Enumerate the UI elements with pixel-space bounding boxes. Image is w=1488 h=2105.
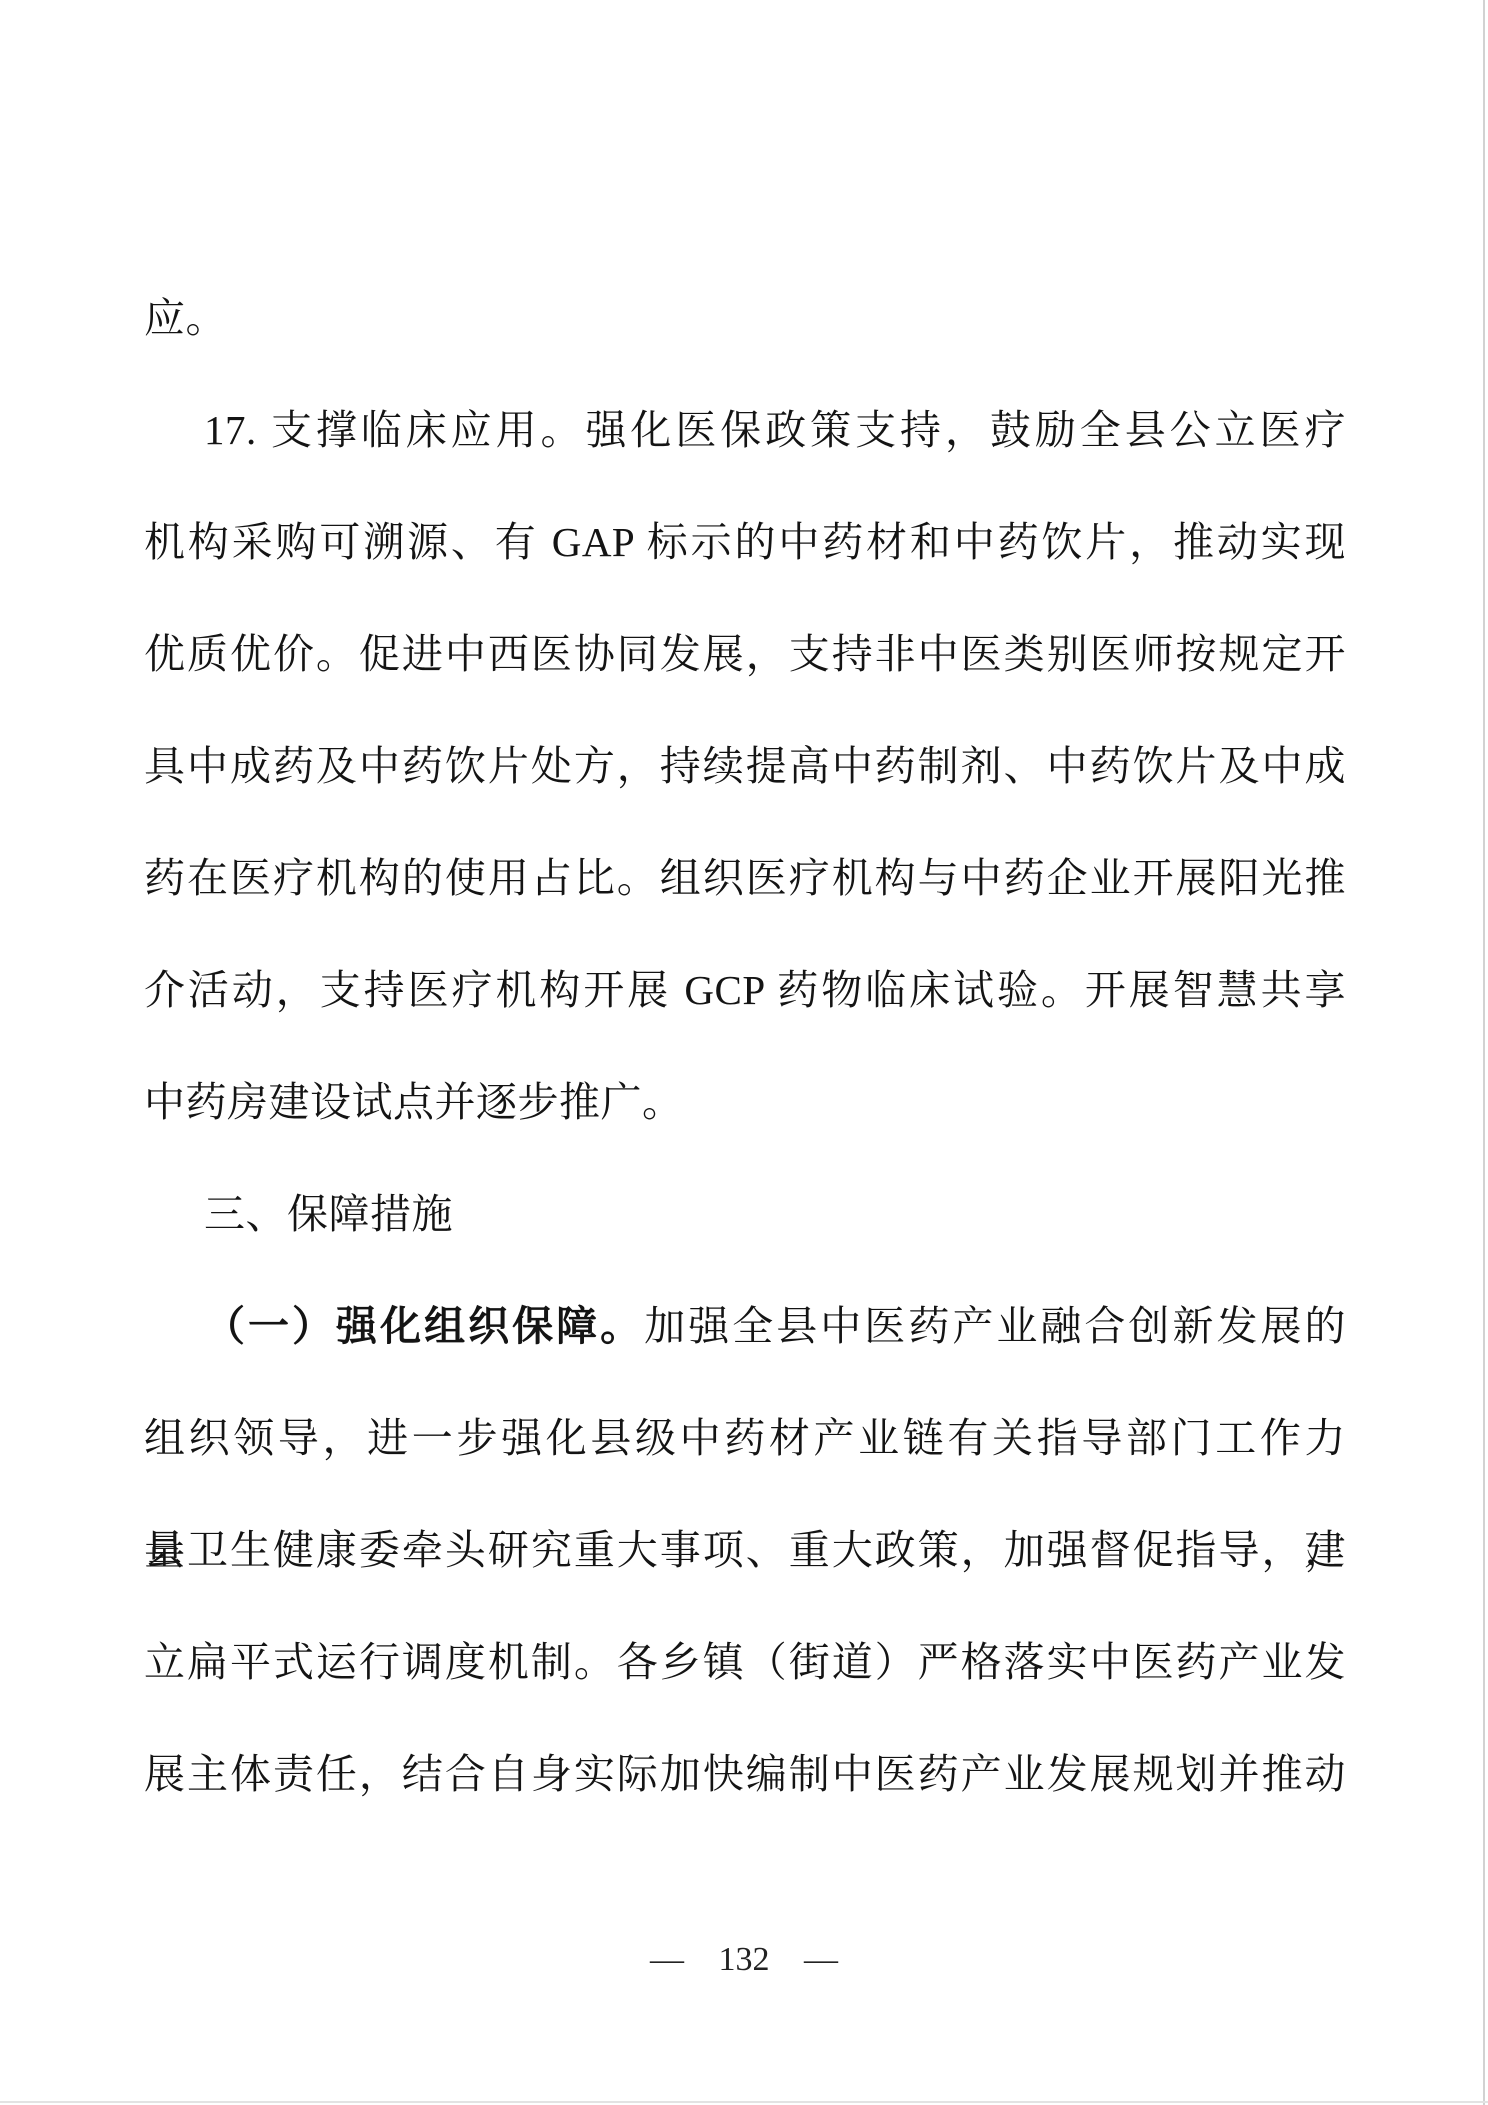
text-line: 县卫生健康委牵头研究重大事项、重大政策，加强督促指导，建 — [144, 1494, 1346, 1606]
text-line: 立扁平式运行调度机制。各乡镇（街道）严格落实中医药产业发 — [144, 1606, 1346, 1718]
text-line: 具中成药及中药饮片处方，持续提高中药制剂、中药饮片及中成 — [144, 710, 1346, 822]
document-page: 应。 17. 支撑临床应用。强化医保政策支持，鼓励全县公立医疗 机构采购可溯源、… — [0, 0, 1488, 2105]
page-number: — 132 — — [0, 1930, 1488, 1990]
document-body: 应。 17. 支撑临床应用。强化医保政策支持，鼓励全县公立医疗 机构采购可溯源、… — [144, 262, 1346, 1830]
text-line: 机构采购可溯源、有 GAP 标示的中药材和中药饮片，推动实现 — [144, 486, 1346, 598]
text-line: 药在医疗机构的使用占比。组织医疗机构与中药企业开展阳光推 — [144, 822, 1346, 934]
section-heading: 三、保障措施 — [144, 1158, 1346, 1270]
subsection-heading: （一）强化组织保障。 — [204, 1303, 644, 1349]
text-line-subsection-start: （一）强化组织保障。加强全县中医药产业融合创新发展的 — [144, 1270, 1346, 1382]
text-line: 展主体责任，结合自身实际加快编制中医药产业发展规划并推动 — [144, 1718, 1346, 1830]
text-line-paragraph-end: 中药房建设试点并逐步推广。 — [144, 1046, 1346, 1158]
scan-edge-bottom — [0, 2101, 1488, 2103]
text-line: 组织领导，进一步强化县级中药材产业链有关指导部门工作力量， — [144, 1382, 1346, 1494]
scan-edge-right — [1483, 0, 1485, 2105]
text-line: 优质优价。促进中西医协同发展，支持非中医类别医师按规定开 — [144, 598, 1346, 710]
subsection-body-start: 加强全县中医药产业融合创新发展的 — [644, 1303, 1346, 1349]
text-line: 介活动，支持医疗机构开展 GCP 药物临床试验。开展智慧共享 — [144, 934, 1346, 1046]
text-line-paragraph-end: 应。 — [144, 262, 1346, 374]
text-line-item17-start: 17. 支撑临床应用。强化医保政策支持，鼓励全县公立医疗 — [144, 374, 1346, 486]
